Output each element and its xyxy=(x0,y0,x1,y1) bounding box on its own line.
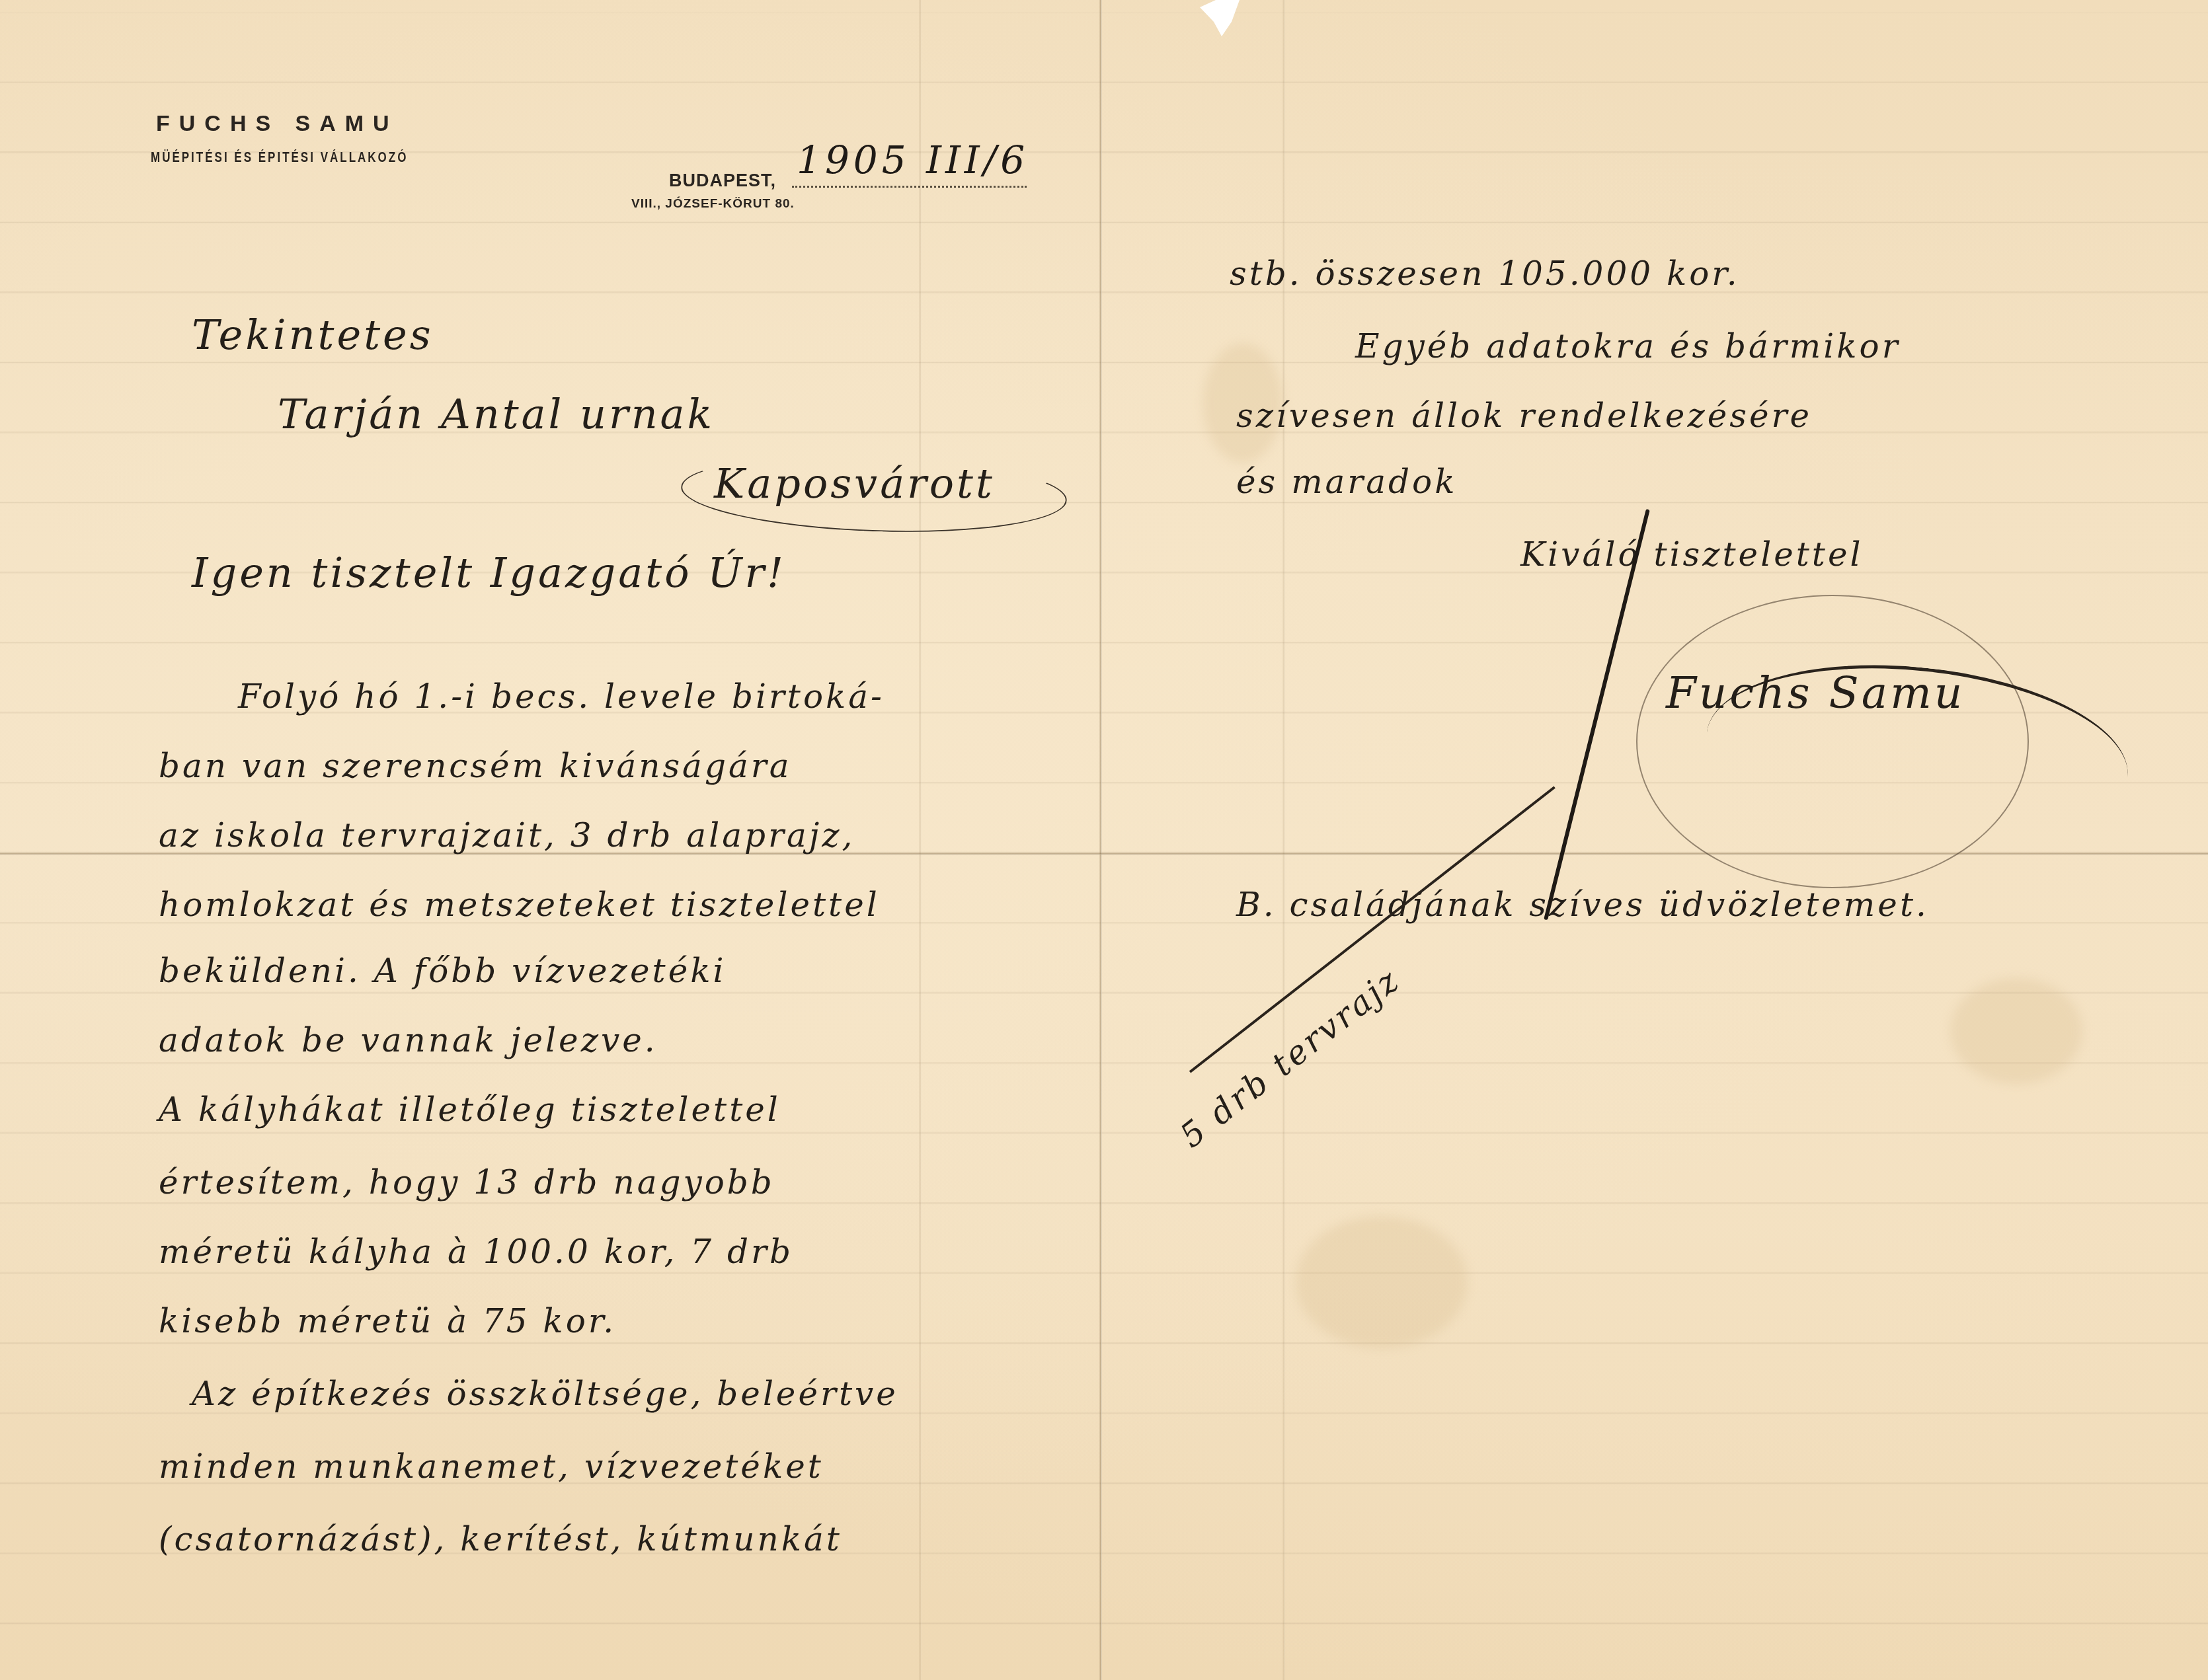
recipient-name: Tarján Antal urnak xyxy=(278,390,715,438)
body-line: kisebb méretü à 75 kor. xyxy=(159,1302,616,1340)
recipient-title: Tekintetes xyxy=(192,311,434,359)
signature: Fuchs Samu xyxy=(1666,668,1965,718)
body-line: és maradok xyxy=(1236,463,1457,501)
postscript: B. családjának szíves üdvözletemet. xyxy=(1236,886,1929,924)
body-line: homlokzat és metszeteket tisztelettel xyxy=(159,886,880,924)
date-dotted-line xyxy=(792,186,1027,188)
letterhead-city: BUDAPEST, xyxy=(669,171,776,191)
body-line: értesítem, hogy 13 drb nagyobb xyxy=(159,1163,775,1202)
body-line: méretü kályha à 100.0 kor, 7 drb xyxy=(159,1233,793,1271)
body-line: minden munkanemet, vízvezetéket xyxy=(159,1447,824,1486)
body-line: Folyó hó 1.-i becs. levele birtoká- xyxy=(238,677,885,716)
body-line: Az építkezés összköltsége, beleértve xyxy=(192,1375,898,1413)
body-line: adatok be vannak jelezve. xyxy=(159,1021,658,1059)
fold-crease-vertical-faint xyxy=(1282,0,1285,1680)
body-line: stb. összesen 105.000 kor. xyxy=(1230,254,1740,293)
letterhead-company-name: FUCHS SAMU xyxy=(156,111,399,137)
fold-crease-vertical xyxy=(1099,0,1102,1680)
closing: Kiváló tisztelettel xyxy=(1520,535,1864,574)
handwritten-date: 1905 III/6 xyxy=(797,137,1029,182)
body-line: Egyéb adatokra és bármikor xyxy=(1355,327,1901,365)
paper-stain xyxy=(1296,1216,1468,1348)
paper-stain xyxy=(1950,978,2082,1084)
body-line: az iskola tervrajzait, 3 drb alaprajz, xyxy=(159,816,855,855)
body-line: (csatornázást), kerítést, kútmunkát xyxy=(159,1520,842,1558)
body-line: A kályhákat illetőleg tisztelettel xyxy=(159,1090,781,1129)
body-line: ban van szerencsém kivánságára xyxy=(159,747,791,785)
letterhead-subtitle: MÜÉPITÉSI ÉS ÉPITÉSI VÁLLAKOZÓ xyxy=(151,149,408,166)
body-line: szívesen állok rendelkezésére xyxy=(1236,397,1812,435)
letter-sheet: FUCHS SAMU MÜÉPITÉSI ÉS ÉPITÉSI VÁLLAKOZ… xyxy=(0,0,2208,1680)
letterhead-address: VIII., JÓZSEF-KÖRUT 80. xyxy=(631,197,795,211)
fold-crease-vertical-faint xyxy=(919,0,922,1680)
greeting: Igen tisztelt Igazgató Úr! xyxy=(192,549,786,597)
body-line: beküldeni. A főbb vízvezetéki xyxy=(159,952,727,990)
